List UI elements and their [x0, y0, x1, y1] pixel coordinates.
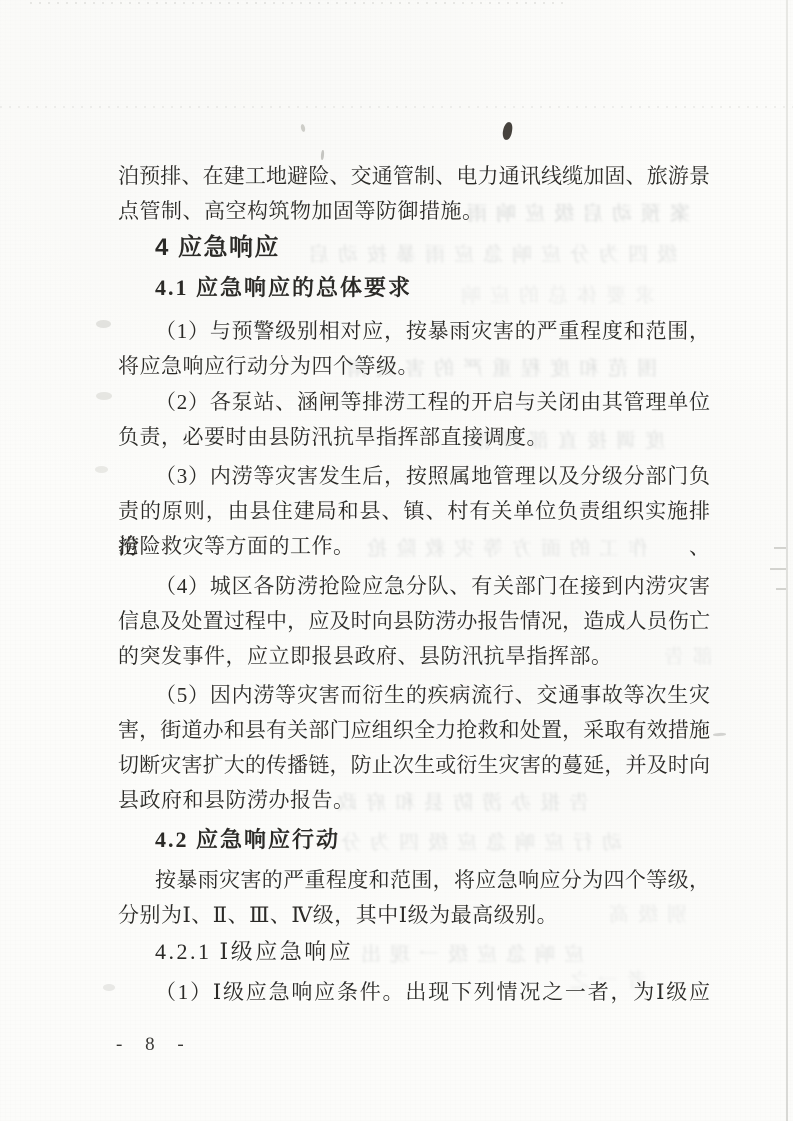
text-line: 点管制、高空构筑物加固等防御措施。 — [118, 193, 710, 229]
scanned-document-page: 案预动启级应响雨级四为分应响急应雨暴按动启求要体总的应响围范和度程重严的害灾雨度… — [0, 0, 793, 1121]
text-line: （1）Ⅰ级应急响应条件。出现下列情况之一者，为Ⅰ级应 — [118, 974, 710, 1010]
text-line: （3）内涝等灾害发生后，按照属地管理以及分级分部门负 — [118, 458, 710, 494]
text-line: 泊预排、在建工地避险、交通管制、电力通讯线缆加固、旅游景 — [118, 158, 710, 194]
scan-edge-line — [786, 0, 788, 1121]
text-line: （1）与预警级别相对应，按暴雨灾害的严重程度和范围， — [118, 313, 710, 349]
scan-speckle-top — [30, 2, 570, 4]
text-line: 切断灾害扩大的传播链，防止次生或衍生灾害的蔓延，并及时向 — [118, 747, 710, 783]
section-heading: 4 应急响应 — [118, 230, 710, 266]
ink-speck — [300, 124, 306, 133]
text-line: 害，街道办和县有关部门应组织全力抢救和处置，采取有效措施 — [118, 712, 710, 748]
text-line: 责的原则，由县住建局和县、镇、村有关单位负责组织实施排涝、 — [118, 493, 710, 529]
section-heading: 4.2.1 Ⅰ级应急响应 — [118, 934, 710, 970]
text-line: 的突发事件，应立即报县政府、县防汛抗旱指挥部。 — [118, 638, 710, 674]
ink-speck — [95, 466, 108, 473]
text-line: （4）城区各防涝抢险应急分队、有关部门在接到内涝灾害 — [118, 568, 710, 604]
scan-edge-tick — [774, 547, 786, 549]
scan-edge-tick — [770, 568, 786, 570]
text-line: （2）各泵站、涵闸等排涝工程的开启与关闭由其管理单位 — [118, 384, 710, 420]
scan-speckle-band — [0, 106, 793, 108]
text-line: 抢险救灾等方面的工作。 — [118, 528, 710, 564]
text-line: 分别为Ⅰ、Ⅱ、Ⅲ、Ⅳ级，其中Ⅰ级为最高级别。 — [118, 897, 710, 933]
section-heading: 4.1 应急响应的总体要求 — [118, 270, 710, 306]
text-line: 按暴雨灾害的严重程度和范围，将应急响应分为四个等级， — [118, 862, 710, 898]
ink-speck — [713, 733, 726, 737]
ink-speck — [103, 984, 115, 991]
page-number: - 8 - — [116, 1034, 193, 1056]
ink-speck — [502, 122, 513, 141]
text-line: 信息及处置过程中，应及时向县防涝办报告情况，造成人员伤亡 — [118, 603, 710, 639]
scan-edge-tick — [776, 588, 786, 590]
text-line: （5）因内涝等灾害而衍生的疾病流行、交通事故等次生灾 — [118, 677, 710, 713]
section-heading: 4.2 应急响应行动 — [118, 822, 710, 858]
text-line: 县政府和县防涝办报告。 — [118, 782, 710, 818]
ink-speck — [96, 392, 112, 400]
text-line: 负责，必要时由县防汛抗旱指挥部直接调度。 — [118, 419, 710, 455]
ink-speck — [96, 320, 111, 328]
text-line: 将应急响应行动分为四个等级。 — [118, 348, 710, 384]
